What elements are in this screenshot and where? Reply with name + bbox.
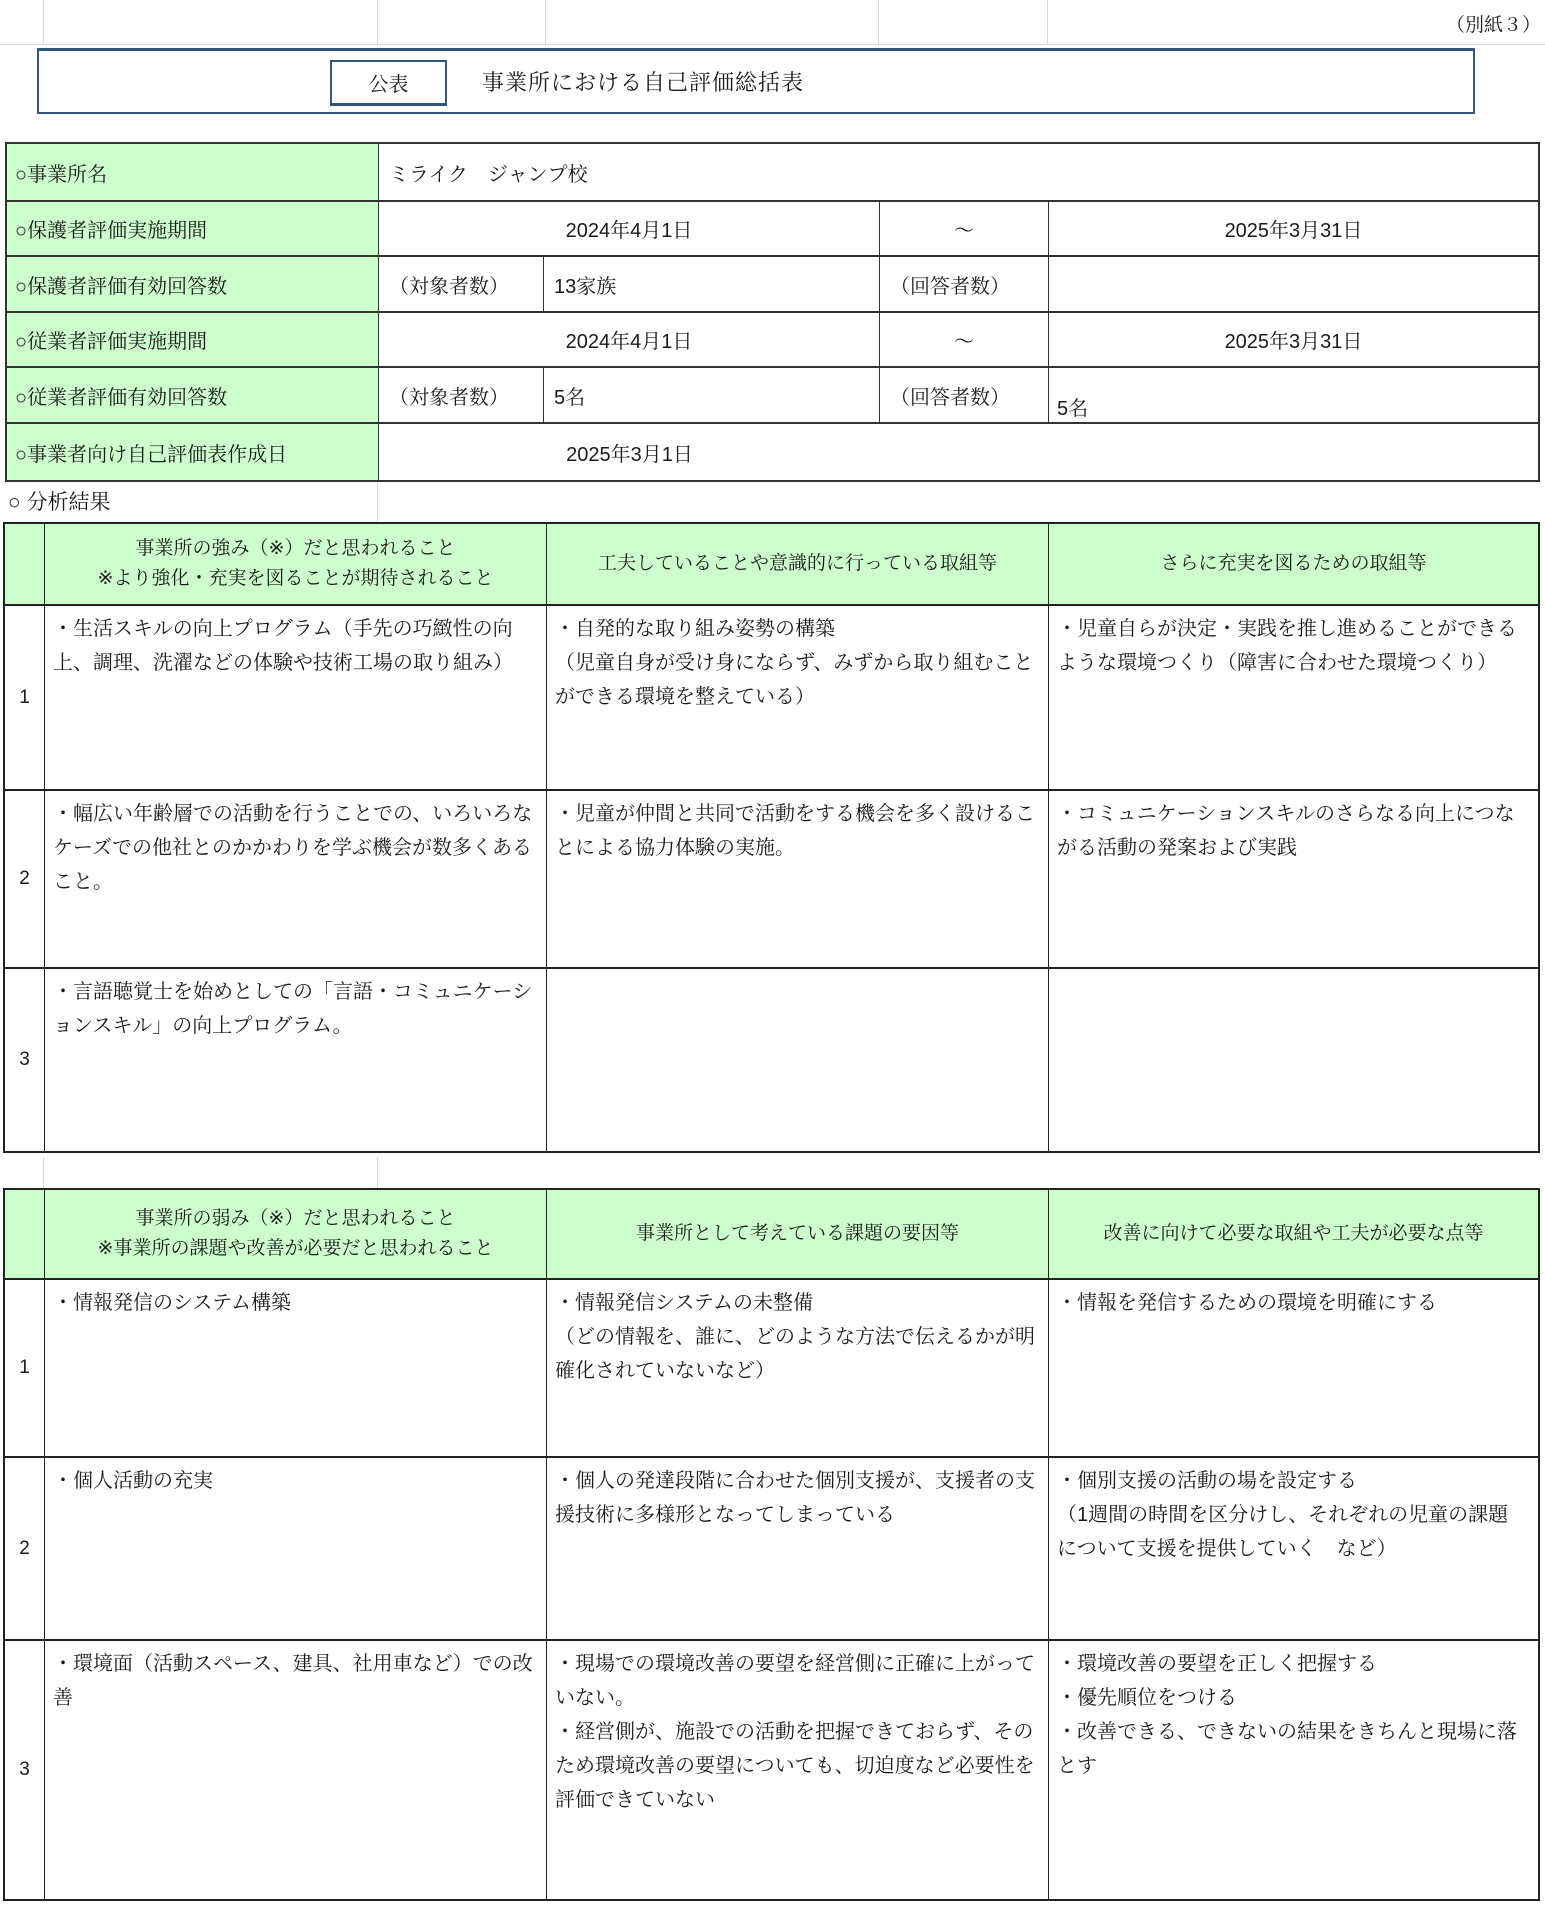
strengths-1-col2: ・自発的な取り組み姿勢の構築 （児童自身が受け身にならず、みずから取り組むことが… [547, 606, 1049, 789]
staff-respondent-value: 5名 [1049, 368, 1538, 422]
report-date-value: 2025年3月1日 [379, 438, 880, 467]
strengths-1-col1: ・生活スキルの向上プログラム（手先の巧緻性の向上、調理、洗濯などの体験や技術工場… [45, 606, 547, 789]
gridline-vertical [377, 1157, 378, 1188]
weaknesses-header-col3: 改善に向けて必要な取組や工夫が必要な点等 [1049, 1190, 1538, 1278]
weaknesses-3-col1: ・環境面（活動スペース、建具、社用車など）での改善 [45, 1641, 547, 1899]
row-number-header [5, 1190, 45, 1278]
staff-period-end: 2025年3月31日 [1049, 313, 1538, 366]
weaknesses-row-1: 1 ・情報発信のシステム構築 ・情報発信システムの未整備 （どの情報を、誰に、ど… [5, 1280, 1538, 1458]
row-number: 3 [5, 1641, 45, 1899]
strengths-header-row: 事業所の強み（※）だと思われること ※より強化・充実を図ることが期待されること … [5, 524, 1538, 606]
weaknesses-2-col2: ・個人の発達段階に合わせた個別支援が、支援者の支援技術に多様形となってしまってい… [547, 1458, 1049, 1639]
guardian-period-end: 2025年3月31日 [1049, 202, 1538, 255]
weaknesses-2-col1: ・個人活動の充実 [45, 1458, 547, 1639]
strengths-1-col3: ・児童自らが決定・実践を推し進めることができるような環境つくり（障害に合わせた環… [1049, 606, 1538, 789]
corner-note: （別紙３） [1446, 10, 1541, 37]
gridline-horizontal-top [0, 44, 1545, 45]
info-label: ○従業者評価有効回答数 [7, 368, 379, 422]
strengths-3-col2 [547, 969, 1049, 1151]
info-row-report-date: ○事業者向け自己評価表作成日 2025年3月1日 [7, 424, 1538, 480]
row-number: 2 [5, 1458, 45, 1639]
gridline-vertical [1047, 0, 1048, 44]
gridline-vertical [43, 0, 44, 44]
strengths-3-col3 [1049, 969, 1538, 1151]
guardian-period-start: 2024年4月1日 [379, 202, 880, 255]
weaknesses-2-col3: ・個別支援の活動の場を設定する （1週間の時間を区分けし、それぞれの児童の課題に… [1049, 1458, 1538, 1639]
staff-target-value: 5名 [544, 368, 880, 422]
row-number: 1 [5, 606, 45, 789]
strengths-2-col1: ・幅広い年齢層での活動を行うことでの、いろいろなケーズでの他社とのかかわりを学ぶ… [45, 791, 547, 967]
info-row-guardian-responses: ○保護者評価有効回答数 （対象者数） 13家族 （回答者数） [7, 257, 1538, 313]
weaknesses-1-col1: ・情報発信のシステム構築 [45, 1280, 547, 1456]
info-label: ○従業者評価実施期間 [7, 313, 379, 366]
weaknesses-3-col3: ・環境改善の要望を正しく把握する ・優先順位をつける ・改善できる、できないの結… [1049, 1641, 1538, 1899]
strengths-row-2: 2 ・幅広い年齢層での活動を行うことでの、いろいろなケーズでの他社とのかかわりを… [5, 791, 1538, 969]
strengths-3-col1: ・言語聴覚士を始めとしての「言語・コミュニケーションスキル」の向上プログラム。 [45, 969, 547, 1151]
info-label: ○事業者向け自己評価表作成日 [7, 424, 379, 480]
strengths-table: 事業所の強み（※）だと思われること ※より強化・充実を図ることが期待されること … [3, 522, 1540, 1153]
page: { "corner_note": "（別紙３）", "header": { "s… [0, 0, 1545, 1920]
strengths-row-1: 1 ・生活スキルの向上プログラム（手先の巧緻性の向上、調理、洗濯などの体験や技術… [5, 606, 1538, 791]
row-number-header [5, 524, 45, 604]
gridline-vertical [43, 1157, 44, 1188]
strengths-header-col3: さらに充実を図るための取組等 [1049, 524, 1538, 604]
page-title: 事業所における自己評価総括表 [482, 51, 804, 112]
row-number: 2 [5, 791, 45, 967]
strengths-2-col3: ・コミュニケーションスキルのさらなる向上につながる活動の発案および実践 [1049, 791, 1538, 967]
guardian-respondent-value [1049, 257, 1538, 311]
weaknesses-3-col2: ・現場での環境改善の要望を経営側に正確に上がっていない。 ・経営側が、施設での活… [547, 1641, 1049, 1899]
tilde: ～ [880, 202, 1049, 255]
analysis-section-label: ○ 分析結果 [8, 486, 111, 516]
publication-stamp: 公表 [330, 60, 447, 106]
strengths-row-3: 3 ・言語聴覚士を始めとしての「言語・コミュニケーションスキル」の向上プログラム… [5, 969, 1538, 1151]
gridline-vertical [545, 0, 546, 44]
weaknesses-row-3: 3 ・環境面（活動スペース、建具、社用車など）での改善 ・現場での環境改善の要望… [5, 1641, 1538, 1899]
row-number: 1 [5, 1280, 45, 1456]
weaknesses-1-col2: ・情報発信システムの未整備 （どの情報を、誰に、どのような方法で伝えるかが明確化… [547, 1280, 1049, 1456]
weaknesses-row-2: 2 ・個人活動の充実 ・個人の発達段階に合わせた個別支援が、支援者の支援技術に多… [5, 1458, 1538, 1641]
weaknesses-header-col1: 事業所の弱み（※）だと思われること ※事業所の課題や改善が必要だと思われること [45, 1190, 547, 1278]
weaknesses-1-col3: ・情報を発信するための環境を明確にする [1049, 1280, 1538, 1456]
respondent-count-label: （回答者数） [880, 257, 1049, 311]
tilde: ～ [880, 313, 1049, 366]
guardian-target-value: 13家族 [544, 257, 880, 311]
info-label: ○保護者評価実施期間 [7, 202, 379, 255]
info-label: ○保護者評価有効回答数 [7, 257, 379, 311]
publication-stamp-label: 公表 [369, 68, 409, 97]
row-number: 3 [5, 969, 45, 1151]
title-box: 公表 事業所における自己評価総括表 [37, 48, 1475, 114]
weaknesses-header-col2: 事業所として考えている課題の要因等 [547, 1190, 1049, 1278]
info-label: ○事業所名 [7, 144, 379, 200]
strengths-header-col1: 事業所の強み（※）だと思われること ※より強化・充実を図ることが期待されること [45, 524, 547, 604]
staff-period-start: 2024年4月1日 [379, 313, 880, 366]
info-row-staff-responses: ○従業者評価有効回答数 （対象者数） 5名 （回答者数） 5名 [7, 368, 1538, 424]
gridline-vertical [377, 480, 378, 522]
info-row-office-name: ○事業所名 ミライク ジャンプ校 [7, 144, 1538, 202]
info-table: ○事業所名 ミライク ジャンプ校 ○保護者評価実施期間 2024年4月1日 ～ … [5, 142, 1540, 482]
gridline-vertical [377, 0, 378, 44]
info-row-guardian-period: ○保護者評価実施期間 2024年4月1日 ～ 2025年3月31日 [7, 202, 1538, 257]
info-row-staff-period: ○従業者評価実施期間 2024年4月1日 ～ 2025年3月31日 [7, 313, 1538, 368]
strengths-2-col2: ・児童が仲間と共同で活動をする機会を多く設けることによる協力体験の実施。 [547, 791, 1049, 967]
respondent-count-label: （回答者数） [880, 368, 1049, 422]
weaknesses-header-row: 事業所の弱み（※）だと思われること ※事業所の課題や改善が必要だと思われること … [5, 1190, 1538, 1280]
report-date-cell: 2025年3月1日 [379, 424, 1538, 480]
strengths-header-col2: 工夫していることや意識的に行っている取組等 [547, 524, 1049, 604]
target-count-label: （対象者数） [379, 368, 544, 422]
target-count-label: （対象者数） [379, 257, 544, 311]
weaknesses-table: 事業所の弱み（※）だと思われること ※事業所の課題や改善が必要だと思われること … [3, 1188, 1540, 1901]
gridline-vertical [878, 0, 879, 44]
office-name-value: ミライク ジャンプ校 [379, 144, 1538, 200]
